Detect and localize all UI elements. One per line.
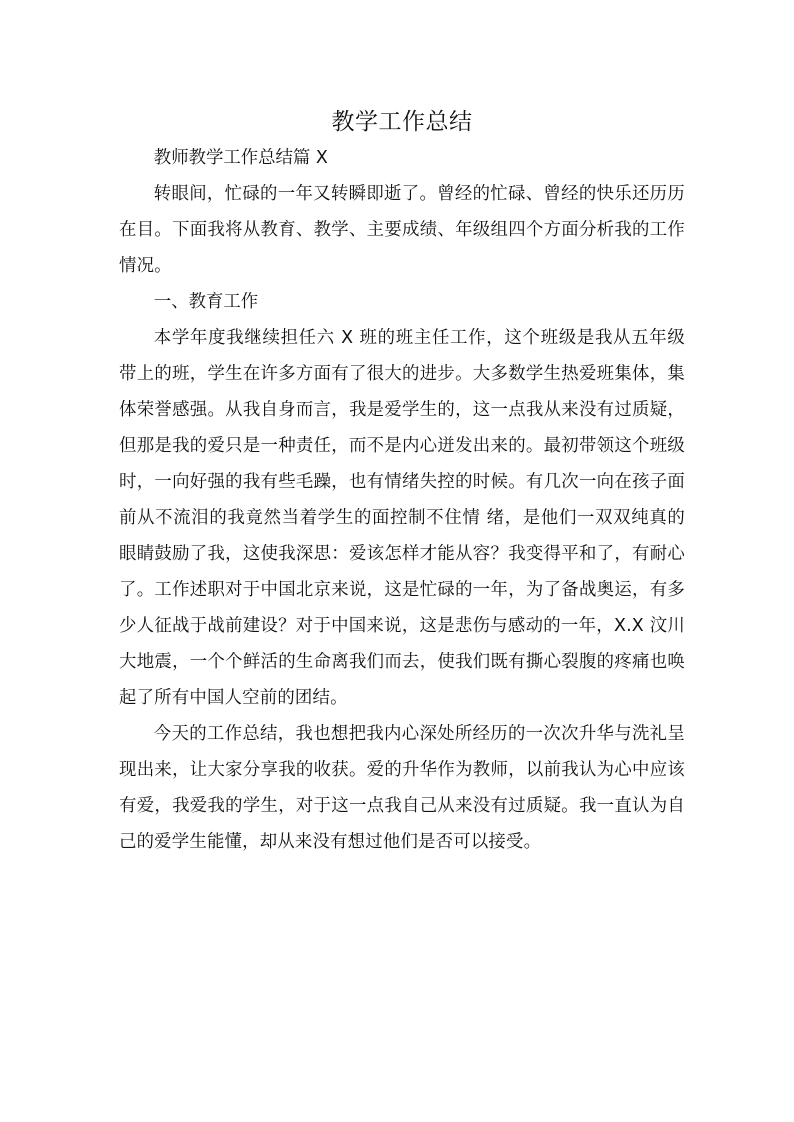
reflection-paragraph: 今天的工作总结，我也想把我内心深处所经历的一次次升华与洗礼呈现出来，让大家分享我… xyxy=(119,716,685,860)
document-page: 教学工作总结 教师教学工作总结篇 X 转眼间，忙碌的一年又转瞬即逝了。曾经的忙碌… xyxy=(119,104,685,860)
document-title: 教学工作总结 xyxy=(119,104,685,140)
section-heading: 一、教育工作 xyxy=(119,284,685,320)
education-paragraph: 本学年度我继续担任六 X 班的班主任工作，这个班级是我从五年级带上的班，学生在许… xyxy=(119,320,685,716)
intro-paragraph: 转眼间，忙碌的一年又转瞬即逝了。曾经的忙碌、曾经的快乐还历历在目。下面我将从教育… xyxy=(119,176,685,284)
document-subtitle: 教师教学工作总结篇 X xyxy=(119,140,685,176)
